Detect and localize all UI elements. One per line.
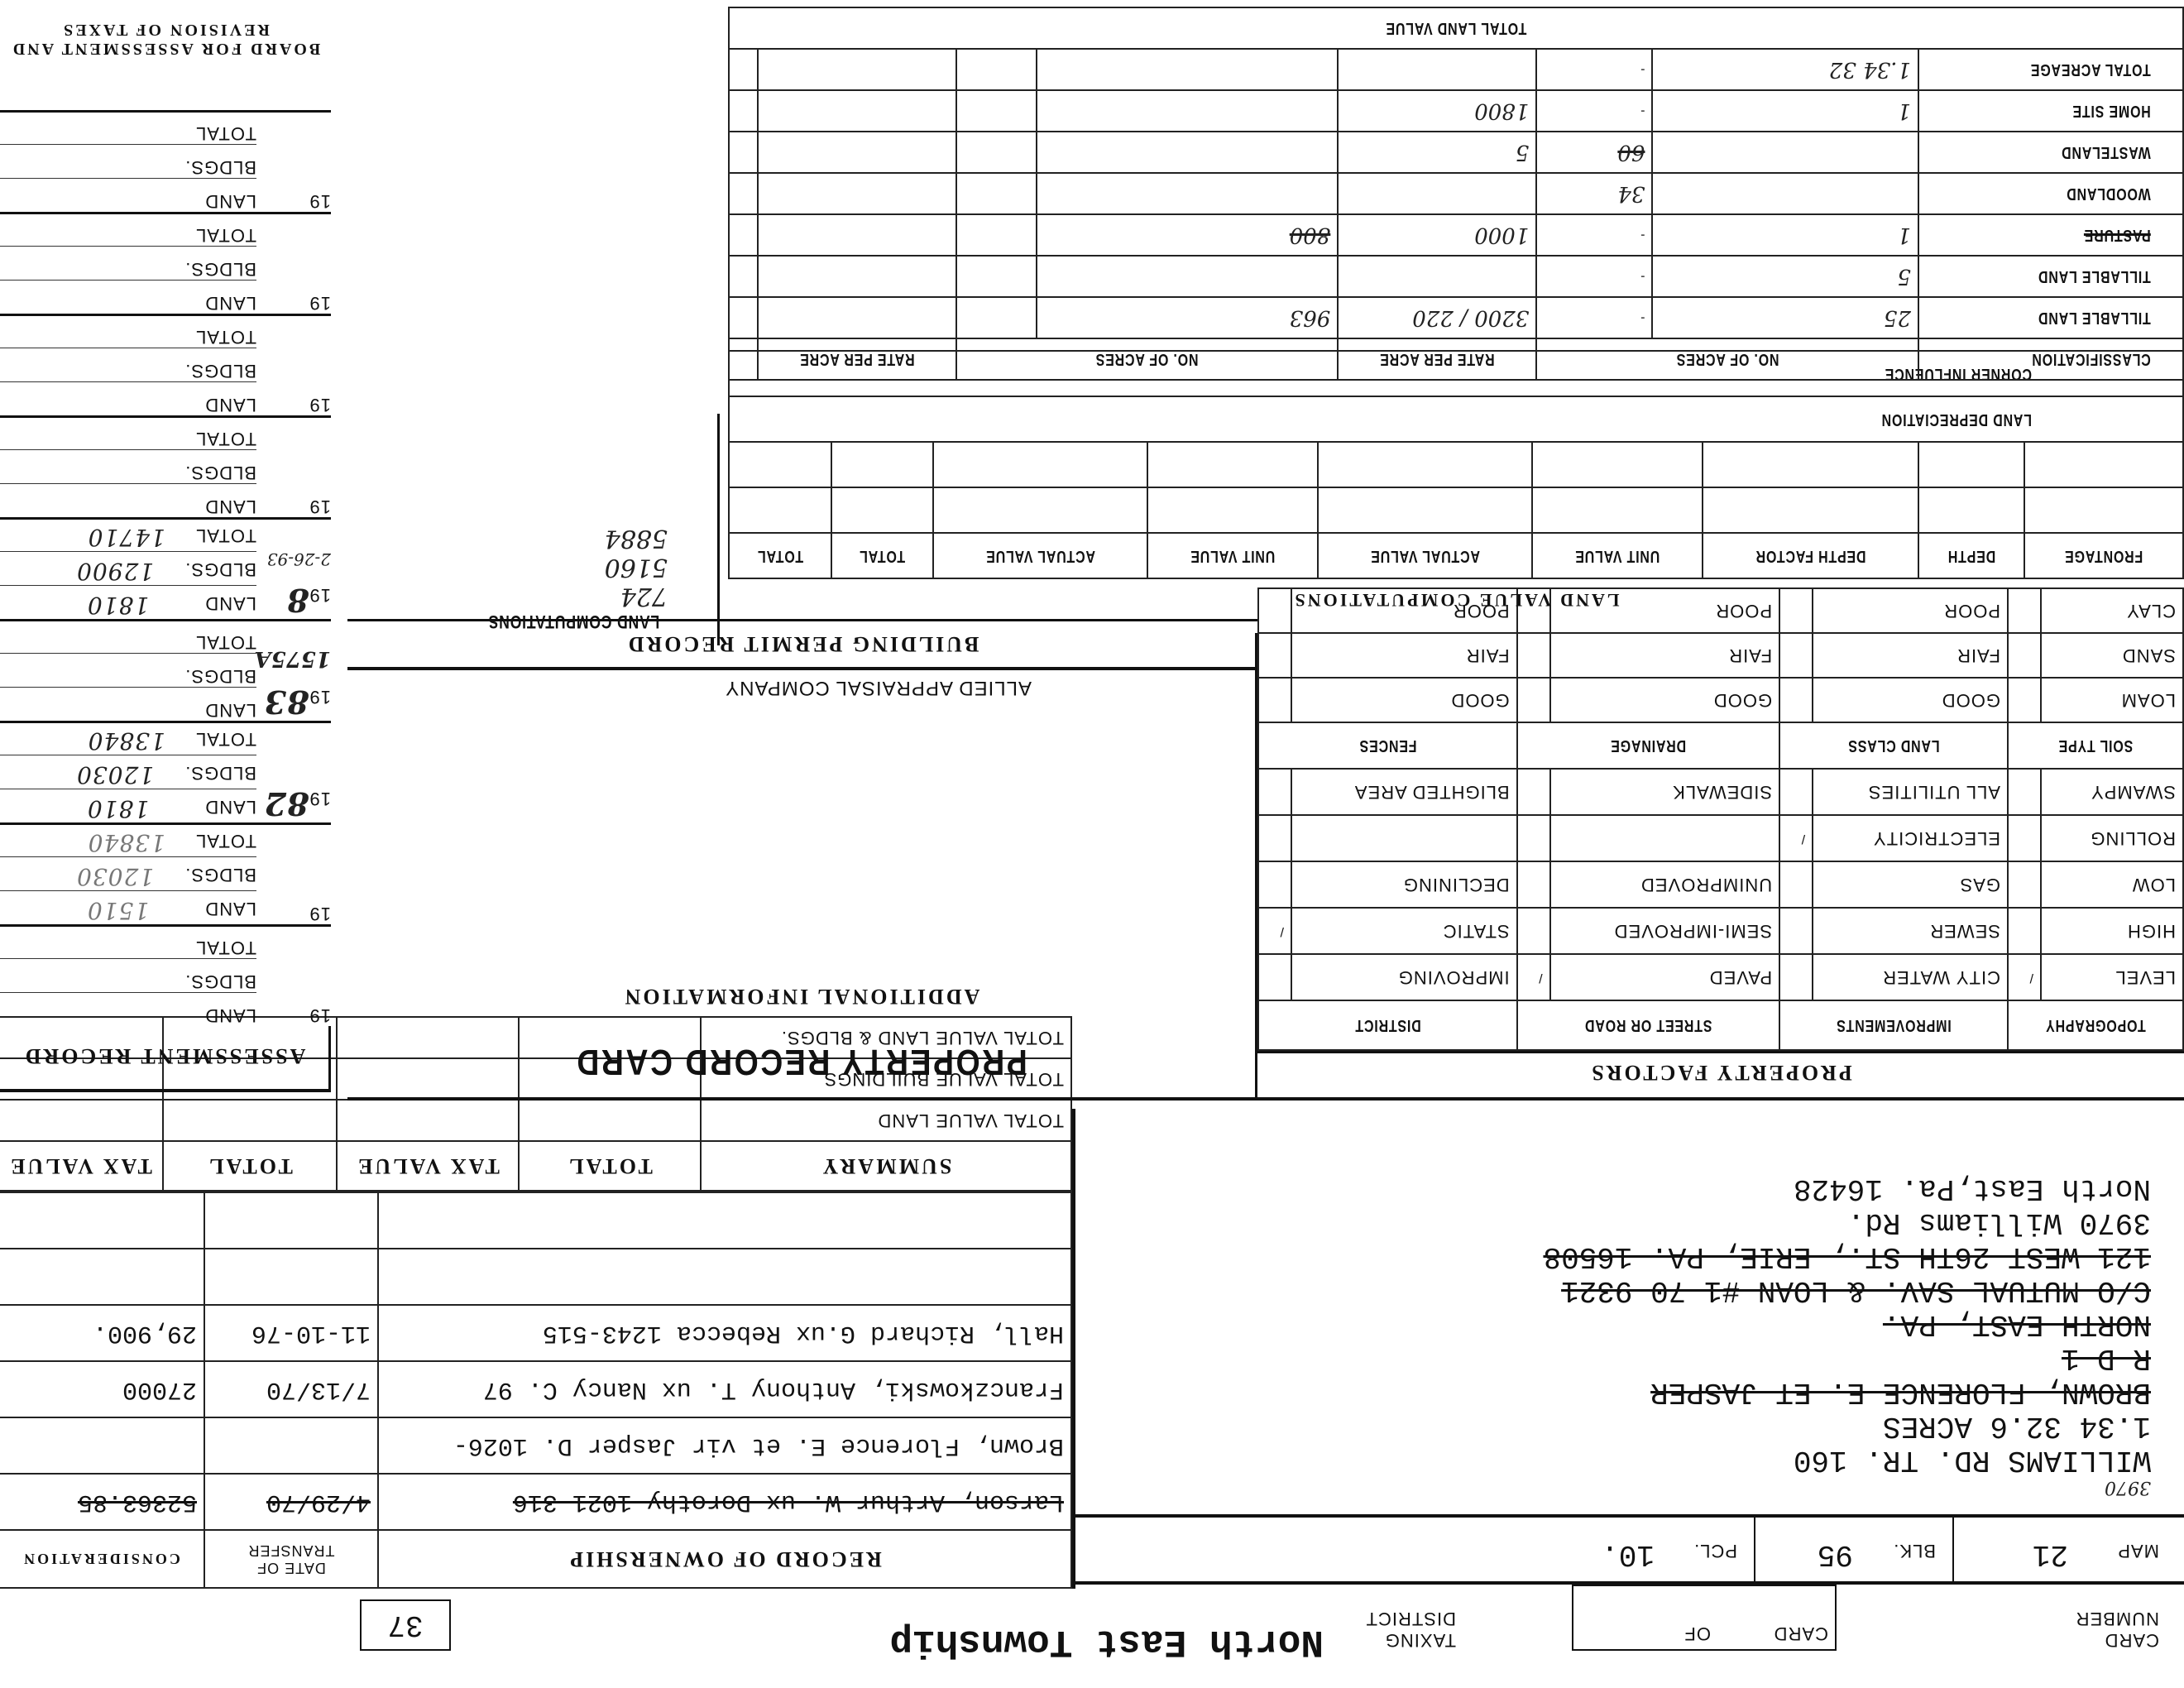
assessment-block: 19 LAND BLDGS. TOTAL xyxy=(0,924,331,1026)
card-number-label: CARD NUMBER xyxy=(2060,1608,2159,1651)
factor-checkbox[interactable] xyxy=(1517,861,1550,908)
ownership-row: Franczkowski, Anthony T. ux Nancy C. 97 … xyxy=(0,1361,1071,1417)
factor-checkbox[interactable] xyxy=(1258,861,1291,908)
factor-checkbox[interactable] xyxy=(2008,861,2041,908)
taxing-district-label: TAXING DISTRICT xyxy=(1340,1608,1456,1651)
summary-row: TOTAL VALUE LAND xyxy=(0,1100,1071,1141)
factor-checkbox[interactable] xyxy=(1258,769,1291,815)
parcel-id-row: MAP 21 BLK. 95 PCL. 10. xyxy=(1075,1514,2184,1585)
soil-row: LOAM GOOD GOOD GOOD xyxy=(1258,678,2183,722)
factor-checkbox[interactable] xyxy=(2008,908,2041,954)
factor-checkbox[interactable]: / xyxy=(1779,815,1813,861)
land-computations: LAND COMPUTATIONS 724 5160 5884 xyxy=(438,414,720,645)
assessment-block: 198 2-26-93 LAND 1810 BLDGS. 12900 TOTAL… xyxy=(0,517,331,619)
property-line-struck: BROWN, FLORENCE E. ET JASPER xyxy=(1109,1375,2151,1409)
assessment-block: 19 LAND BLDGS. TOTAL xyxy=(0,415,331,517)
pcl-value: 10. xyxy=(1601,1537,1655,1571)
board-title: BOARD FOR ASSESSMENT AND REVISION OF TAX… xyxy=(0,20,331,58)
record-of-ownership: RECORD OF OWNERSHIP DATE OF TRANSFER CON… xyxy=(0,1109,1075,1589)
property-line-struck: NORTH EAST, PA. xyxy=(1109,1307,2151,1341)
factor-checkbox[interactable] xyxy=(1779,861,1813,908)
factor-checkbox[interactable] xyxy=(2008,678,2041,722)
assessment-block: 1983 1575A LAND BLDGS. TOTAL xyxy=(0,619,331,721)
building-permit-record: BUILDING PERMIT RECORD xyxy=(347,619,1257,819)
factor-checkbox[interactable] xyxy=(1779,908,1813,954)
property-line-struck: C/O MUTUAL SAV. & LOAN #1-70-9321 xyxy=(1109,1273,2151,1307)
ownership-row: Larson, Arthur W. ux Dorothy 1021-316 4/… xyxy=(0,1474,1071,1530)
factor-checkbox[interactable]: / xyxy=(2008,954,2041,1000)
factor-checkbox[interactable] xyxy=(1258,678,1291,722)
property-record-card-title: PROPERTY RECORD CARD xyxy=(347,1022,1257,1101)
acreage-row: HOME SITE1-1800 xyxy=(729,90,2183,132)
assessment-blocks: 19 LAND BLDGS. TOTAL 19 LAND 1510 BLDGS.… xyxy=(0,110,331,1026)
property-line: North East,Pa. 16428 xyxy=(1109,1172,2151,1206)
acreage-row: PASTURE1-1000800 xyxy=(729,214,2183,256)
assessment-block: 19 LAND 1510 BLDGS. 12030 TOTAL 13840 xyxy=(0,822,331,924)
assessment-block: 19 LAND BLDGS. TOTAL xyxy=(0,212,331,314)
assessment-block: 19 LAND BLDGS. TOTAL xyxy=(0,110,331,212)
land-value-row xyxy=(729,442,2183,487)
blk-value: 95 xyxy=(1818,1537,1853,1571)
factor-checkbox[interactable] xyxy=(2008,769,2041,815)
factor-checkbox[interactable] xyxy=(1517,908,1550,954)
factor-row: ROLLING ELECTRICITY/ xyxy=(1258,815,2183,861)
factor-checkbox[interactable] xyxy=(1517,815,1550,861)
soil-row: SAND FAIR FAIR FAIR xyxy=(1258,633,2183,678)
acreage-row: TOTAL ACREAGE1.34 32- xyxy=(729,49,2183,90)
ownership-row xyxy=(0,1249,1071,1305)
property-factors-table-1: TOPOGRAPHY IMPROVEMENTS STREET OR ROAD D… xyxy=(1257,587,2184,1051)
property-factors: TOPOGRAPHY IMPROVEMENTS STREET OR ROAD D… xyxy=(1257,587,2184,1051)
factor-checkbox[interactable] xyxy=(1517,678,1550,722)
property-factors-title: PROPERTY FACTORS xyxy=(1257,1051,2184,1101)
property-line: WILLIAMS RD. TR. 160 xyxy=(1109,1443,2151,1477)
property-line-struck: 121 WEST 26TH ST., ERIE, PA. 16508 xyxy=(1109,1240,2151,1273)
map-value: 21 xyxy=(2033,1537,2068,1571)
acreage-row: TILLABLE LAND5- xyxy=(729,256,2183,297)
land-value-row xyxy=(729,487,2183,533)
acreage-row: WASTELAND605 xyxy=(729,132,2183,173)
property-line: 3970 Williams Rd. xyxy=(1109,1206,2151,1240)
ownership-table: RECORD OF OWNERSHIP DATE OF TRANSFER CON… xyxy=(0,1192,1072,1589)
acreage-row: TILLABLE LAND25-3200 / 220963 xyxy=(729,297,2183,338)
acreage-table: CLASSIFICATION NO. OF ACRES RATE PER ACR… xyxy=(728,7,2184,381)
land-value-table: FRONTAGE DEPTH DEPTH FACTOR UNIT VALUE A… xyxy=(728,350,2184,579)
factor-row: LOW GAS UNIMPROVED DECLINING xyxy=(1258,861,2183,908)
property-description: 3970 WILLIAMS RD. TR. 160 1.34 32.6 ACRE… xyxy=(1109,1172,2151,1498)
factor-checkbox[interactable] xyxy=(1517,769,1550,815)
assessment-block: 1982 LAND 1810 BLDGS. 12030 TOTAL 13840 xyxy=(0,721,331,822)
ownership-row: Brown, Florence E. et vir Jasper D. 1026… xyxy=(0,1417,1071,1474)
property-line-struck: R D 1 xyxy=(1109,1341,2151,1375)
card-of-box: CARD OF xyxy=(1572,1585,1837,1651)
assessment-record: 19 LAND BLDGS. TOTAL 19 LAND 1510 BLDGS.… xyxy=(0,8,331,1026)
taxing-district-value: North East Township xyxy=(890,1620,1324,1663)
assessment-block: 19 LAND BLDGS. TOTAL xyxy=(0,314,331,415)
factor-checkbox[interactable] xyxy=(1258,815,1291,861)
factor-checkbox[interactable] xyxy=(1779,769,1813,815)
acreage-row: WOODLAND34 xyxy=(729,173,2183,214)
property-line: 1.34 32.6 ACRES xyxy=(1109,1409,2151,1443)
factor-checkbox[interactable] xyxy=(1779,954,1813,1000)
factor-row: SWAMPY ALL UTILITIES SIDEWALK BLIGHTED A… xyxy=(1258,769,2183,815)
factor-checkbox[interactable]: / xyxy=(1258,908,1291,954)
factor-checkbox[interactable] xyxy=(2008,633,2041,678)
acreage-classification: CLASSIFICATION NO. OF ACRES RATE PER ACR… xyxy=(728,0,2184,381)
factor-checkbox[interactable] xyxy=(1258,633,1291,678)
factor-row: HIGH SEWER SEMI-IMPROVED STATIC/ xyxy=(1258,908,2183,954)
sheet-number: 37 xyxy=(360,1599,451,1651)
factor-checkbox[interactable] xyxy=(1779,633,1813,678)
factor-checkbox[interactable] xyxy=(1258,954,1291,1000)
ownership-row xyxy=(0,1192,1071,1249)
factor-checkbox[interactable] xyxy=(1779,678,1813,722)
ownership-row: Hall, Richard G.ux Rebecca 1243-515 11-1… xyxy=(0,1305,1071,1361)
factor-row: LEVEL/ CITY WATER PAVED/ IMPROVING xyxy=(1258,954,2183,1000)
factor-checkbox[interactable] xyxy=(2008,815,2041,861)
factor-checkbox[interactable] xyxy=(1517,633,1550,678)
factor-checkbox[interactable]: / xyxy=(1517,954,1550,1000)
assessment-record-title: ASSESSMENT RECORD xyxy=(0,1026,331,1092)
ownership-title: RECORD OF OWNERSHIP xyxy=(378,1530,1071,1588)
property-record-card: CARD NUMBER CARD OF TAXING DISTRICT Nort… xyxy=(0,0,2184,1688)
land-value-computations: LAND VALUE COMPUTATIONS FRONTAGE DEPTH D… xyxy=(728,350,2184,621)
